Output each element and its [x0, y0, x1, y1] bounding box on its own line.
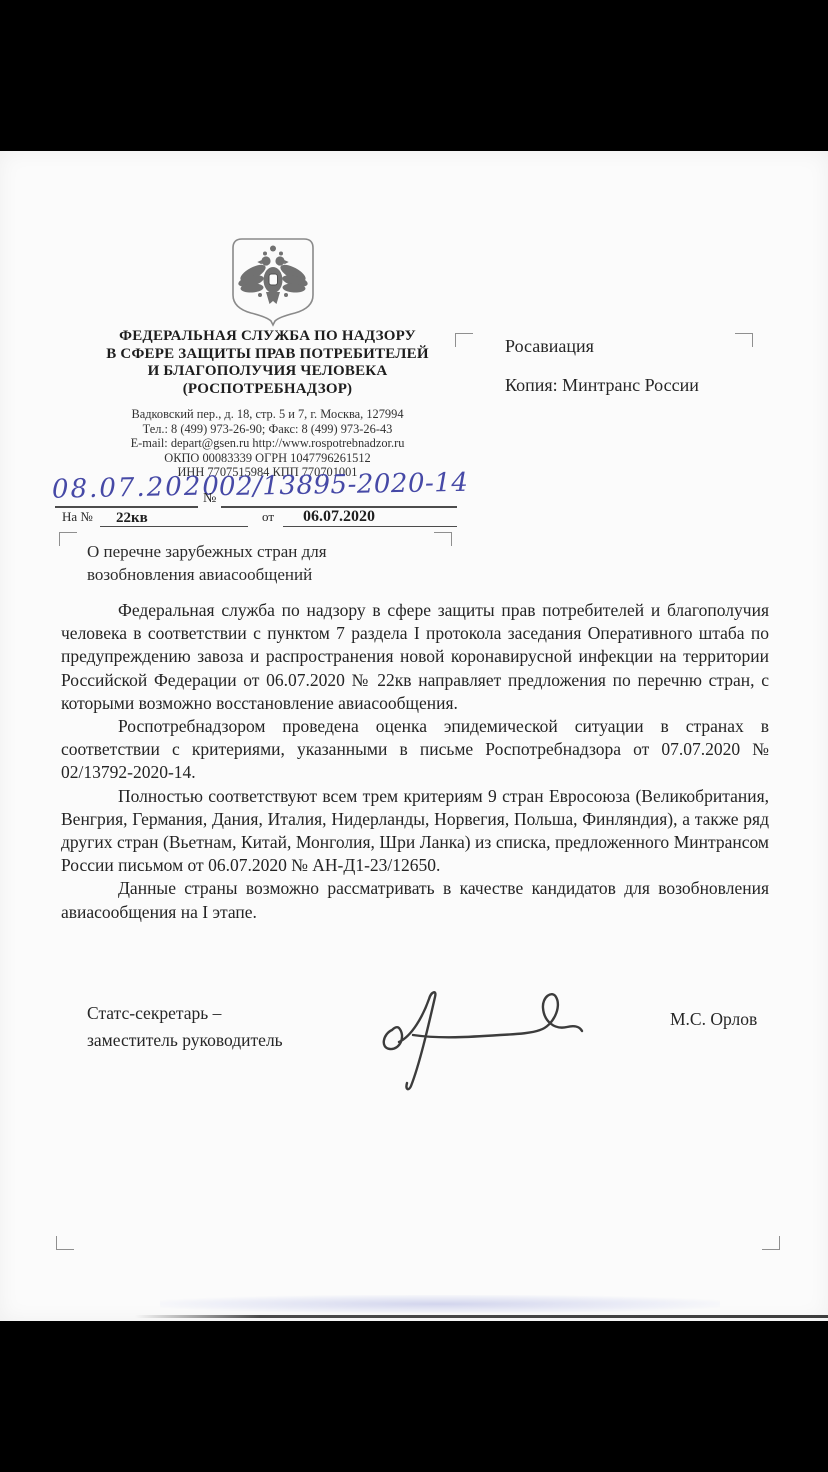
- handwritten-outgoing-date: 08.07.2020: [52, 471, 221, 505]
- reply-number: 22кв: [116, 510, 148, 527]
- handwritten-outgoing-number: 02/13895-2020-14: [219, 468, 469, 502]
- reply-date-underline: [283, 526, 457, 527]
- corner-mark-recipient-left: [455, 333, 473, 347]
- contact-line: ОКПО 00083339 ОГРН 1047796261512: [95, 451, 440, 466]
- contact-line: Тел.: 8 (499) 973-26-90; Факс: 8 (499) 9…: [95, 422, 440, 437]
- org-line: И БЛАГОПОЛУЧИЯ ЧЕЛОВЕКА: [95, 363, 440, 381]
- corner-mark-bottom-right: [762, 1236, 780, 1250]
- signer-title: Статс-секретарь – заместитель руководите…: [87, 1000, 283, 1054]
- body-paragraph: Федеральная служба по надзору в сфере за…: [61, 599, 769, 715]
- corner-mark-subject-left: [59, 532, 77, 546]
- contact-line: E-mail: depart@gsen.ru http://www.rospot…: [95, 436, 440, 451]
- recipient-to: Росавиация: [505, 336, 594, 357]
- reply-to-label: На №: [62, 509, 93, 525]
- subject: О перечне зарубежных стран для возобновл…: [87, 540, 457, 586]
- from-label: от: [262, 509, 274, 525]
- date-underline: [55, 506, 198, 508]
- coat-of-arms-icon: [227, 235, 319, 327]
- signer-title-line: заместитель руководитель: [87, 1027, 283, 1054]
- subject-line: возобновления авиасообщений: [87, 563, 457, 586]
- body-paragraph: Данные страны возможно рассматривать в к…: [61, 877, 769, 923]
- scan-smudge: [160, 1295, 720, 1313]
- body-paragraph: Роспотребнадзором проведена оценка эпиде…: [61, 715, 769, 785]
- body-paragraph: Полностью соответствуют всем трем критер…: [61, 785, 769, 878]
- document-page: ФЕДЕРАЛЬНАЯ СЛУЖБА ПО НАДЗОРУ В СФЕРЕ ЗА…: [0, 151, 828, 1321]
- reply-date: 06.07.2020: [303, 508, 375, 526]
- corner-mark-recipient-right: [735, 333, 753, 347]
- subject-line: О перечне зарубежных стран для: [87, 540, 457, 563]
- signer-title-line: Статс-секретарь –: [87, 1000, 283, 1027]
- letter-body: Федеральная служба по надзору в сфере за…: [61, 599, 769, 924]
- org-line: В СФЕРЕ ЗАЩИТЫ ПРАВ ПОТРЕБИТЕЛЕЙ: [95, 346, 440, 364]
- handwritten-signature: [368, 986, 598, 1096]
- org-line: (РОСПОТРЕБНАДЗОР): [95, 381, 440, 399]
- corner-mark-bottom-left: [56, 1236, 74, 1250]
- number-sign-label: №: [203, 491, 216, 507]
- contact-line: Вадковский пер., д. 18, стр. 5 и 7, г. М…: [95, 407, 440, 422]
- scan-edge-line: [135, 1315, 828, 1318]
- scan-viewport: ФЕДЕРАЛЬНАЯ СЛУЖБА ПО НАДЗОРУ В СФЕРЕ ЗА…: [0, 0, 828, 1472]
- signer-name: М.С. Орлов: [670, 1009, 757, 1030]
- letterhead-org-name: ФЕДЕРАЛЬНАЯ СЛУЖБА ПО НАДЗОРУ В СФЕРЕ ЗА…: [95, 328, 440, 398]
- org-line: ФЕДЕРАЛЬНАЯ СЛУЖБА ПО НАДЗОРУ: [95, 328, 440, 346]
- recipient-copy: Копия: Минтранс России: [505, 375, 699, 396]
